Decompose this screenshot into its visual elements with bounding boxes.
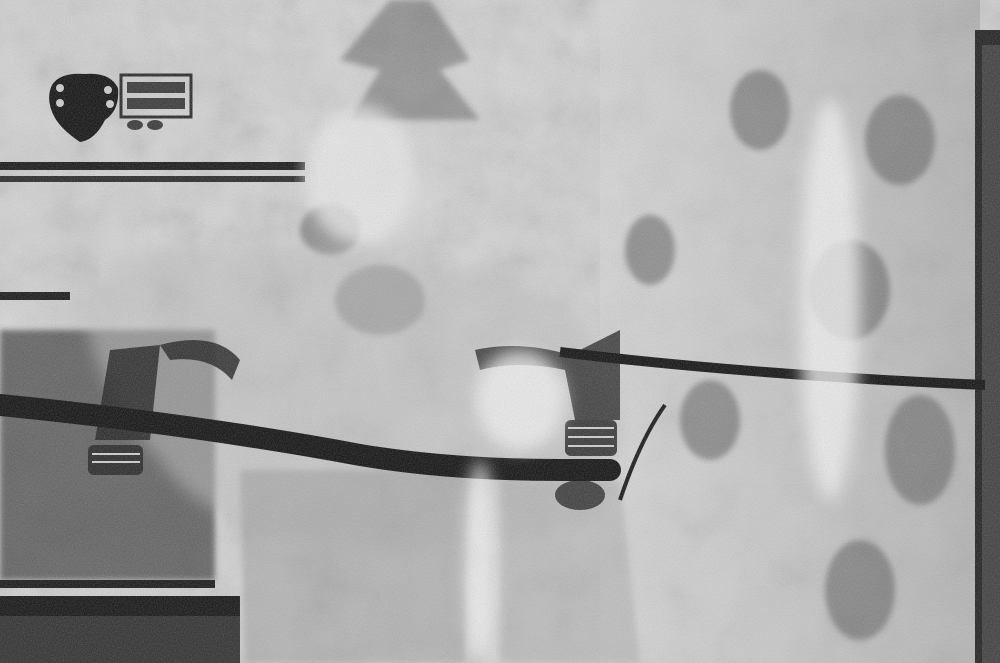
photo-canvas — [0, 0, 1000, 663]
double-exposure-photo — [0, 0, 1000, 663]
film-grain — [0, 0, 1000, 663]
